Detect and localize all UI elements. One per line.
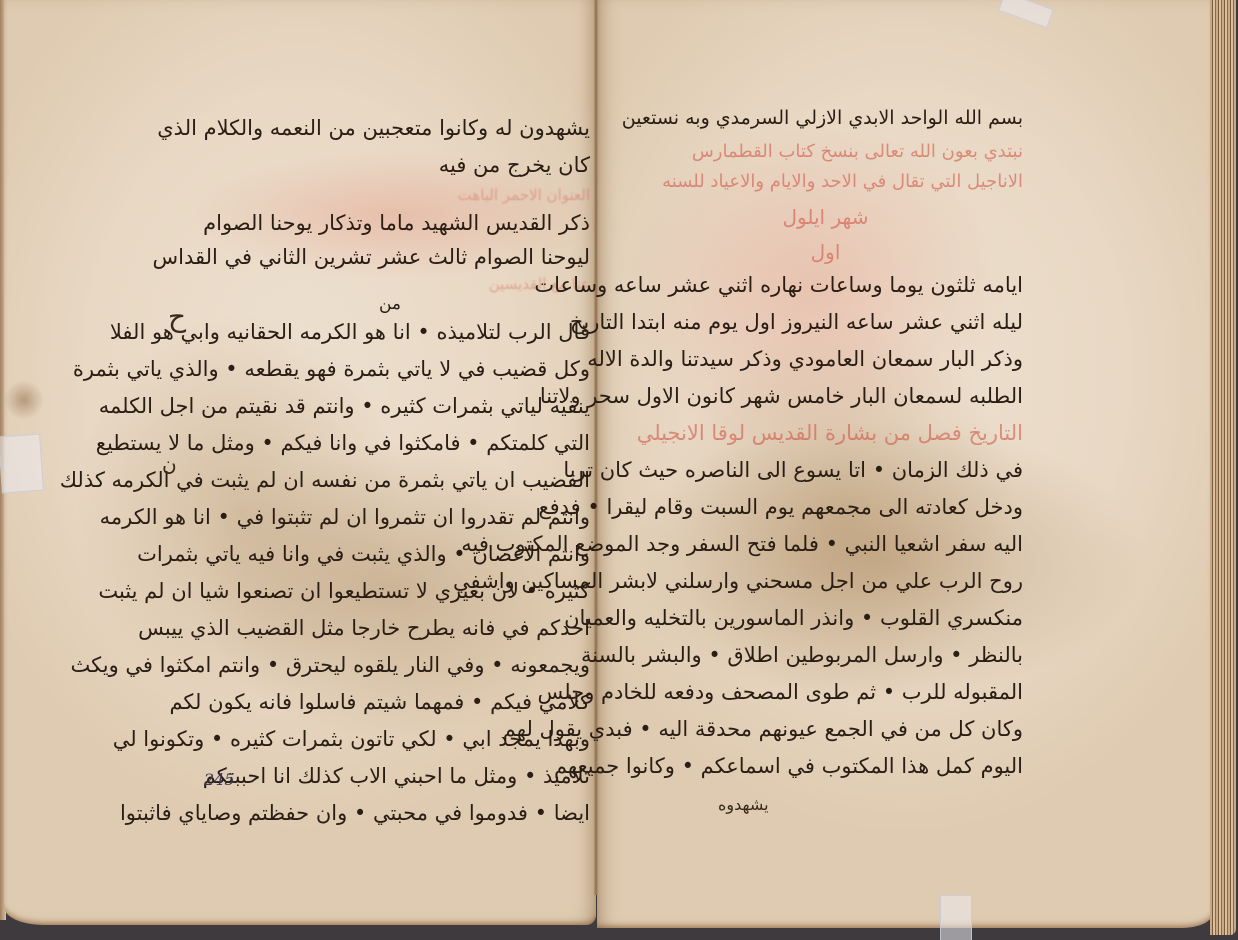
- text-line: ودخل كعادته الى مجمعهم يوم السبت وقام لي…: [628, 489, 1023, 526]
- text-line: الطلبه لسمعان البار خامس شهر كانون الاول…: [628, 378, 1023, 415]
- text-line: بالنظر • وارسل المربوطين اطلاق • والبشر …: [628, 637, 1023, 674]
- text-line: تلاميذ • ومثل ما احبني الاب كذلك انا احب…: [190, 758, 590, 795]
- text-line: كان يخرج من فيه: [190, 147, 590, 184]
- page-edges: [1210, 0, 1236, 935]
- text-line: وذكر البار سمعان العامودي وذكر سيدتنا وا…: [628, 341, 1023, 378]
- page-clip: [940, 895, 972, 940]
- text-line: قال الرب لتلاميذه • انا هو الكرمه الحقان…: [190, 314, 590, 351]
- text-line: المقبوله للرب • ثم طوى المصحف ودفعه للخا…: [628, 674, 1023, 711]
- open-manuscript: يشهدون له وكانوا متعجبين من النعمه والكل…: [0, 0, 1238, 940]
- text-line: ليوحنا الصوام ثالث عشر تشرين الثاني في ا…: [190, 240, 590, 274]
- rubric-heading: شهر ايلول: [628, 197, 1023, 237]
- rubric-line: الاناجيل التي تقال في الاحد والايام والا…: [628, 167, 1023, 197]
- brown-spot: [4, 380, 44, 420]
- rubric-bleed-line: العنوان الاحمر الباهت: [190, 184, 590, 206]
- text-line: ايضا • فدوموا في محبتي • وان حفظتم وصايا…: [190, 795, 590, 832]
- text-line: ليله اثني عشر ساعه النيروز اول يوم منه ا…: [628, 304, 1023, 341]
- basmala-line: بسم الله الواحد الابدي الازلي السرمدي وب…: [628, 100, 1023, 137]
- text-line: ذكر القديس الشهيد ماما وتذكار يوحنا الصو…: [190, 206, 590, 240]
- margin-note: ن: [162, 452, 177, 476]
- text-line: اليه سفر اشعيا النبي • فلما فتح السفر وج…: [628, 526, 1023, 563]
- text-line: ويجمعونه • وفي النار يلقوه ليحترق • وانت…: [190, 647, 590, 684]
- right-page-text: بسم الله الواحد الابدي الازلي السرمدي وب…: [628, 100, 1023, 785]
- text-line: اليوم كمل هذا المكتوب في اسماعكم • وكانو…: [628, 748, 1023, 785]
- text-line: التي كلمتكم • فامكثوا في وانا فيكم • ومث…: [190, 425, 590, 462]
- text-line: من: [190, 294, 590, 314]
- text-line: القضيب ان ياتي بثمرة من نفسه ان لم يثبت …: [190, 462, 590, 499]
- text-line: ينقيه لياتي بثمرات كثيره • وانتم قد نقيت…: [190, 388, 590, 425]
- rubric-bleed-line: عنا مع القديسين: [190, 274, 590, 294]
- text-line: في ذلك الزمان • اتا يسوع الى الناصره حيث…: [628, 452, 1023, 489]
- rubric-line: نبتدي بعون الله تعالى بنسخ كتاب القطمارس: [628, 137, 1023, 167]
- rubric-heading: اول: [628, 237, 1023, 267]
- rubric-line: التاريخ فصل من بشارة القديس لوقا الانجيل…: [628, 415, 1023, 452]
- text-line: يشهدون له وكانوا متعجبين من النعمه والكل…: [190, 110, 590, 147]
- catchword: يشهدوه: [718, 795, 769, 814]
- text-line: ايامه ثلثون يوما وساعات نهاره اثني عشر س…: [628, 267, 1023, 304]
- folio-number: 245: [204, 770, 235, 789]
- text-line: وكان كل من في الجمع عيونهم محدقة اليه • …: [628, 711, 1023, 748]
- margin-mark: ح: [168, 300, 186, 333]
- text-line: روح الرب علي من اجل مسحني وارسلني لابشر …: [628, 563, 1023, 600]
- text-line: احدكم في فانه يطرح خارجا مثل القضيب الذي…: [190, 610, 590, 647]
- repair-tape: [0, 434, 44, 494]
- text-line: وكل قضيب في لا ياتي بثمرة فهو يقطعه • وا…: [190, 351, 590, 388]
- text-line: منكسري القلوب • وانذر الماسورين بالتخليه…: [628, 600, 1023, 637]
